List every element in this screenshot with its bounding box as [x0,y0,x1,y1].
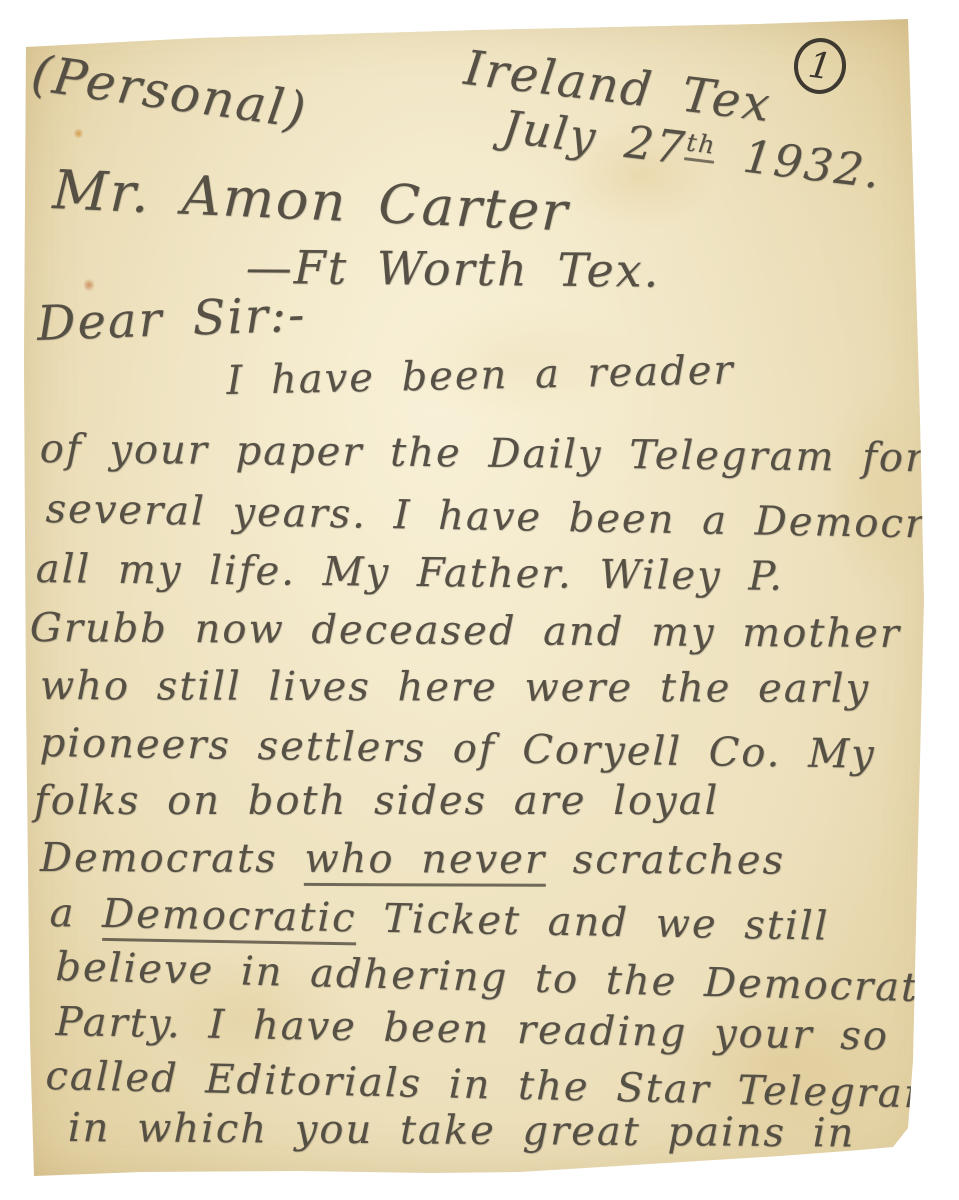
page-number-badge: 1 [790,35,849,98]
line-text: of your paper the Daily Telegram for [40,426,927,481]
date-ordinal-suffix: th [684,127,718,163]
line-text [943,1072,944,1118]
handwritten-line: all my life. My Father. Wiley P. [36,546,785,600]
line-text: Ticket and we still [356,895,830,949]
paper-stain [74,128,83,139]
handwritten-line: folks on both sides are loyal [34,778,719,824]
handwritten-line: of your paper the Daily Telegram for [40,426,927,481]
line-text: in which you take great pains in [68,1105,856,1156]
line-text: pioneers settlers of Coryell Co. My [39,720,876,778]
handwritten-line: Democrats who never scratches [40,835,785,884]
recipient-city: —Ft Worth Tex. [246,240,661,298]
salutation: Dear Sir:- [36,287,307,352]
line-text: a [49,890,102,937]
line-text: Grubb now deceased and my mother [30,605,901,657]
line-underlined-text: Democratic [102,891,357,945]
letter-paper-sheet: (Personal) Ireland Tex 1 July 27th 1932.… [0,0,959,1200]
line-text: Democrats [40,835,305,882]
line-text: several years. I have been a Democrat [45,486,959,548]
line-underlined-text: who never [304,836,546,887]
paper-stain [820,380,940,600]
line-text: scratches [546,837,785,884]
handwritten-line: a Democratic Ticket and we still [49,890,829,950]
line-text: who still lives here were the early [40,663,870,712]
handwritten-line: who still lives here were the early [40,663,870,712]
handwritten-line: several years. I have been a Democrat [45,486,959,548]
handwritten-line: Grubb now deceased and my mother [30,605,901,657]
handwritten-line: pioneers settlers of Coryell Co. My [39,720,876,778]
line-underlined-text [943,1072,944,1118]
line-text: folks on both sides are loyal [34,778,719,824]
handwritten-line: in which you take great pains in [68,1105,856,1156]
date-year: 1932. [712,126,884,199]
line-text: all my life. My Father. Wiley P. [36,546,785,600]
handwritten-line: Party. I have been reading your so [55,999,889,1060]
paper-stain [84,278,94,292]
line-text: Party. I have been reading your so [55,999,889,1060]
recipient-name: Mr. Amon Carter [51,158,570,243]
scanned-letter-canvas: (Personal) Ireland Tex 1 July 27th 1932.… [0,0,959,1200]
handwritten-line: I have been a reader [226,347,735,404]
line-text: I have been a reader [226,347,735,404]
personal-annotation: (Personal) [28,44,311,140]
